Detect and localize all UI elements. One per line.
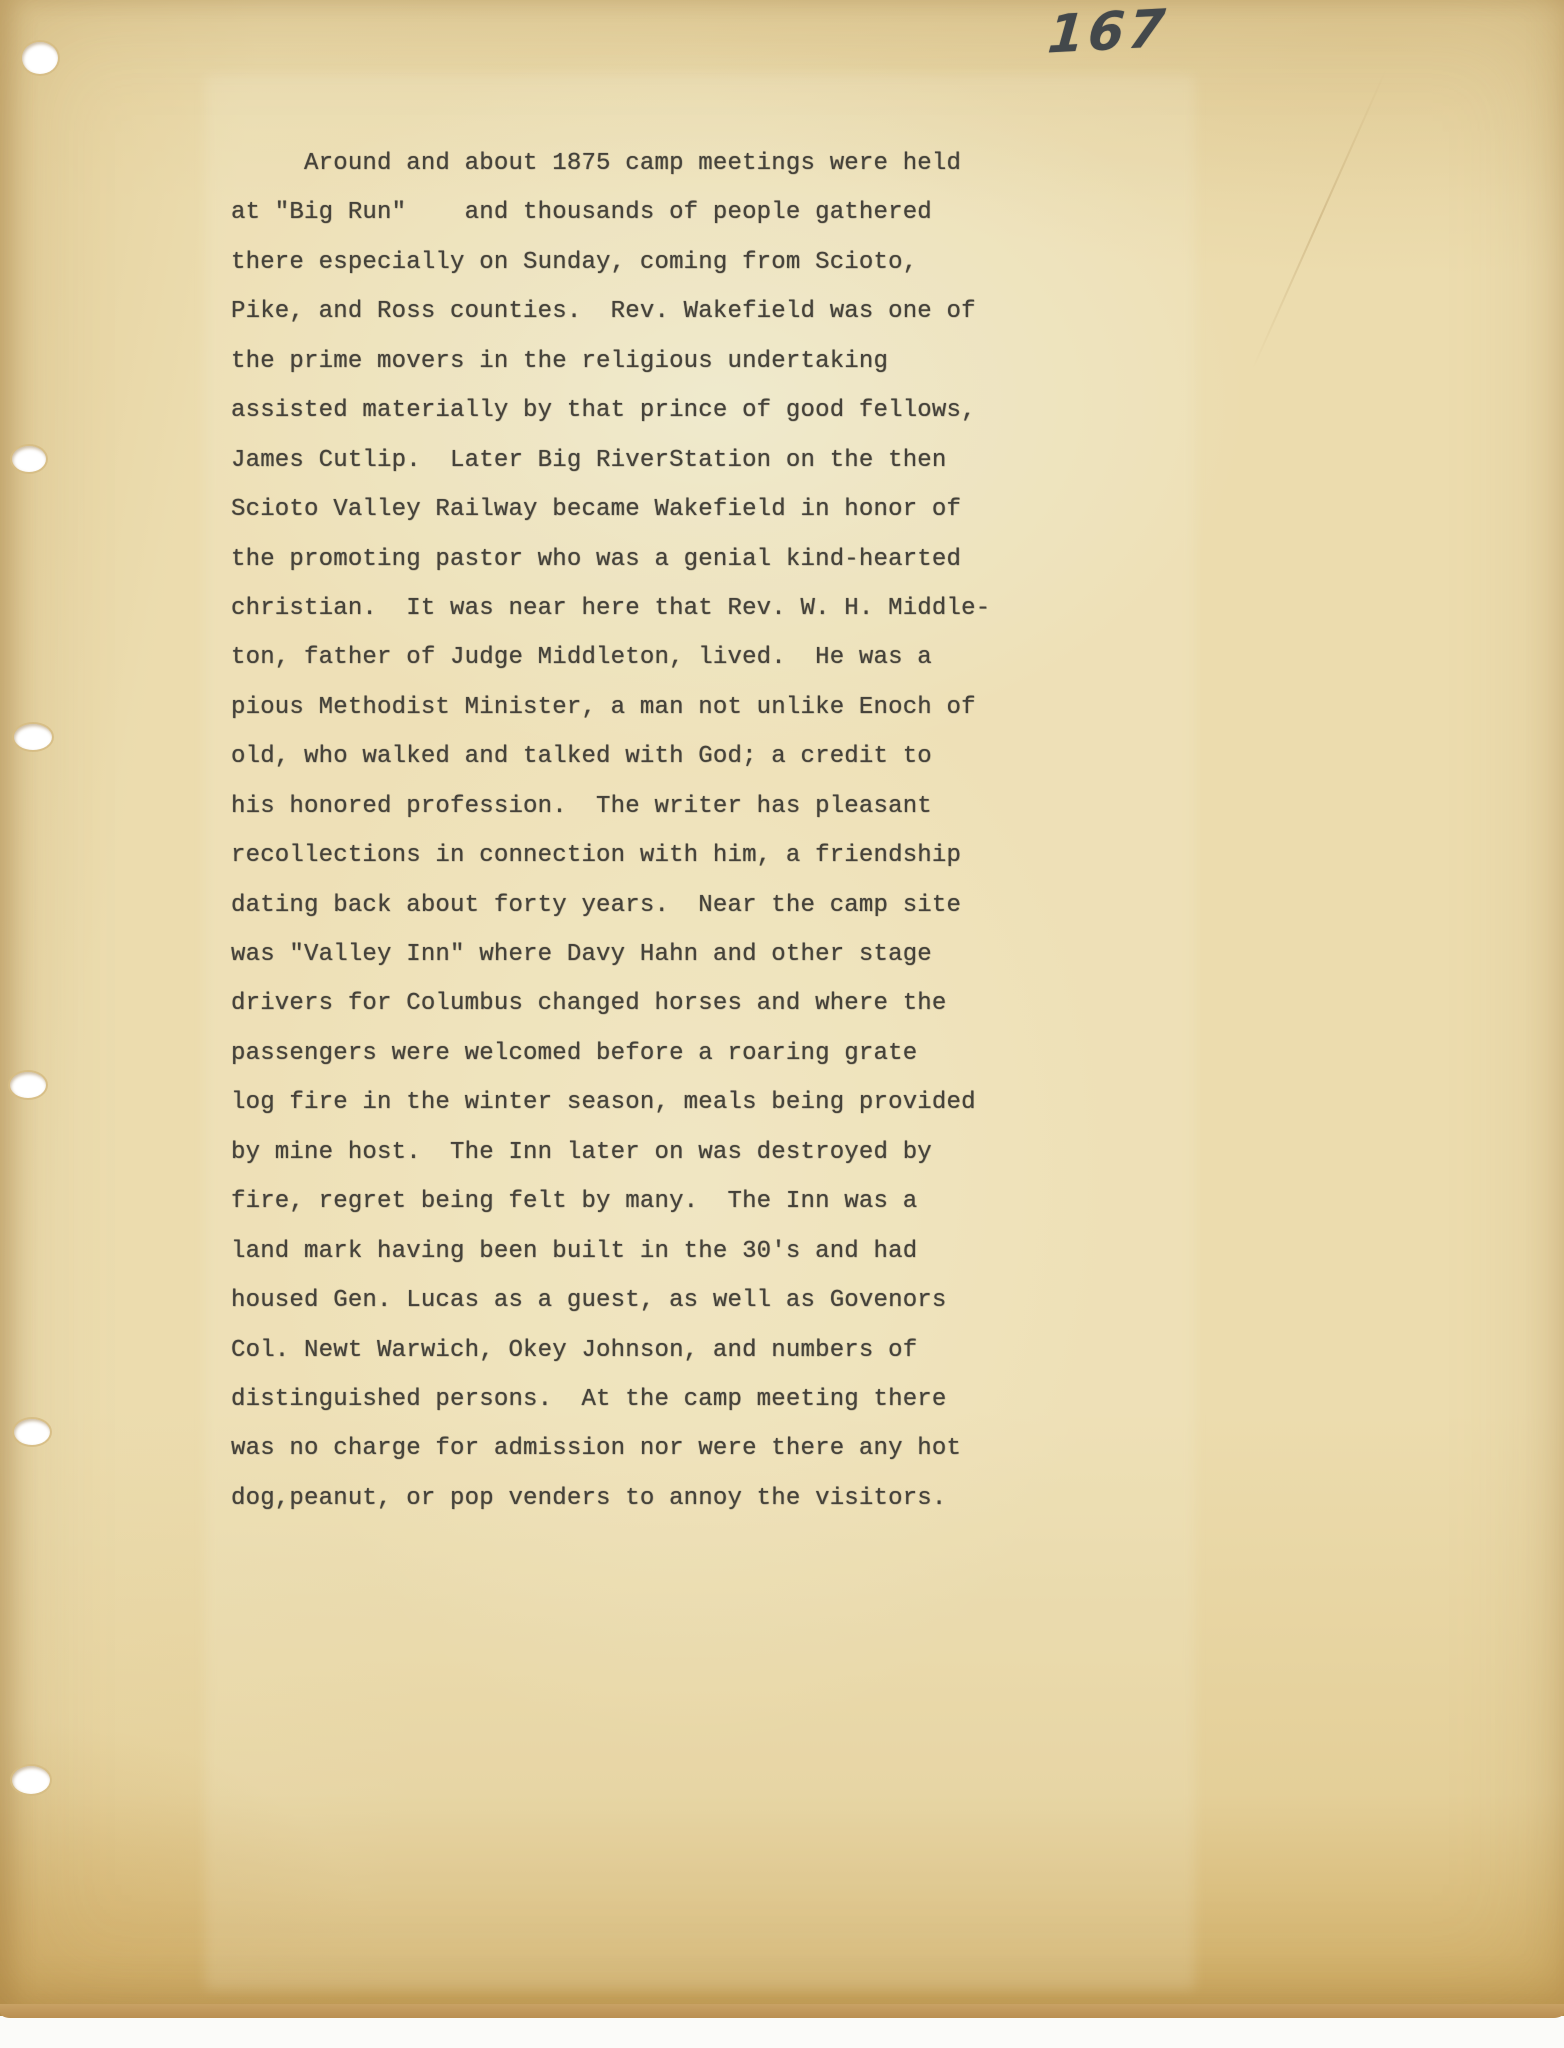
- punch-hole: [14, 724, 52, 750]
- typed-line: recollections in connection with him, a …: [231, 831, 1031, 880]
- typed-line: log fire in the winter season, meals bei…: [231, 1078, 1031, 1127]
- typed-line: Scioto Valley Railway became Wakefield i…: [231, 485, 1031, 534]
- punch-hole: [14, 1419, 50, 1445]
- typed-line: there especially on Sunday, coming from …: [231, 238, 1031, 287]
- typed-line: Pike, and Ross counties. Rev. Wakefield …: [231, 287, 1031, 336]
- typed-line: passengers were welcomed before a roarin…: [231, 1029, 1031, 1078]
- typed-line: land mark having been built in the 30's …: [231, 1227, 1031, 1276]
- handwritten-page-number: 167: [1045, 0, 1180, 66]
- punch-hole: [12, 446, 46, 472]
- typed-line: christian. It was near here that Rev. W.…: [231, 584, 1031, 633]
- punch-hole: [10, 1072, 46, 1098]
- typed-line: was "Valley Inn" where Davy Hahn and oth…: [231, 930, 1031, 979]
- typed-line: at "Big Run" and thousands of people gat…: [231, 188, 1031, 237]
- typed-line: distinguished persons. At the camp meeti…: [231, 1375, 1031, 1424]
- torn-bottom-edge: [0, 2004, 1564, 2018]
- paper-crease: [1251, 69, 1387, 371]
- typewritten-paragraph: Around and about 1875 camp meetings were…: [231, 139, 1031, 1523]
- typed-line: dating back about forty years. Near the …: [231, 881, 1031, 930]
- typed-line: James Cutlip. Later Big RiverStation on …: [231, 436, 1031, 485]
- typed-line: housed Gen. Lucas as a guest, as well as…: [231, 1276, 1031, 1325]
- typed-line: by mine host. The Inn later on was destr…: [231, 1128, 1031, 1177]
- typed-line: the promoting pastor who was a genial ki…: [231, 535, 1031, 584]
- typed-line: assisted materially by that prince of go…: [231, 386, 1031, 435]
- typed-line: pious Methodist Minister, a man not unli…: [231, 683, 1031, 732]
- document-page: 167 Around and about 1875 camp meetings …: [0, 0, 1564, 2016]
- typed-line: fire, regret being felt by many. The Inn…: [231, 1177, 1031, 1226]
- typed-line: was no charge for admission nor were the…: [231, 1424, 1031, 1473]
- typed-line: ton, father of Judge Middleton, lived. H…: [231, 633, 1031, 682]
- punch-hole: [22, 42, 58, 74]
- punch-hole: [12, 1766, 50, 1794]
- typed-line: old, who walked and talked with God; a c…: [231, 732, 1031, 781]
- typed-line: his honored profession. The writer has p…: [231, 782, 1031, 831]
- typed-line: Col. Newt Warwich, Okey Johnson, and num…: [231, 1326, 1031, 1375]
- typed-line: Around and about 1875 camp meetings were…: [231, 139, 1031, 188]
- typed-line: dog,peanut, or pop venders to annoy the …: [231, 1474, 1031, 1523]
- typed-line: the prime movers in the religious undert…: [231, 337, 1031, 386]
- typed-line: drivers for Columbus changed horses and …: [231, 979, 1031, 1028]
